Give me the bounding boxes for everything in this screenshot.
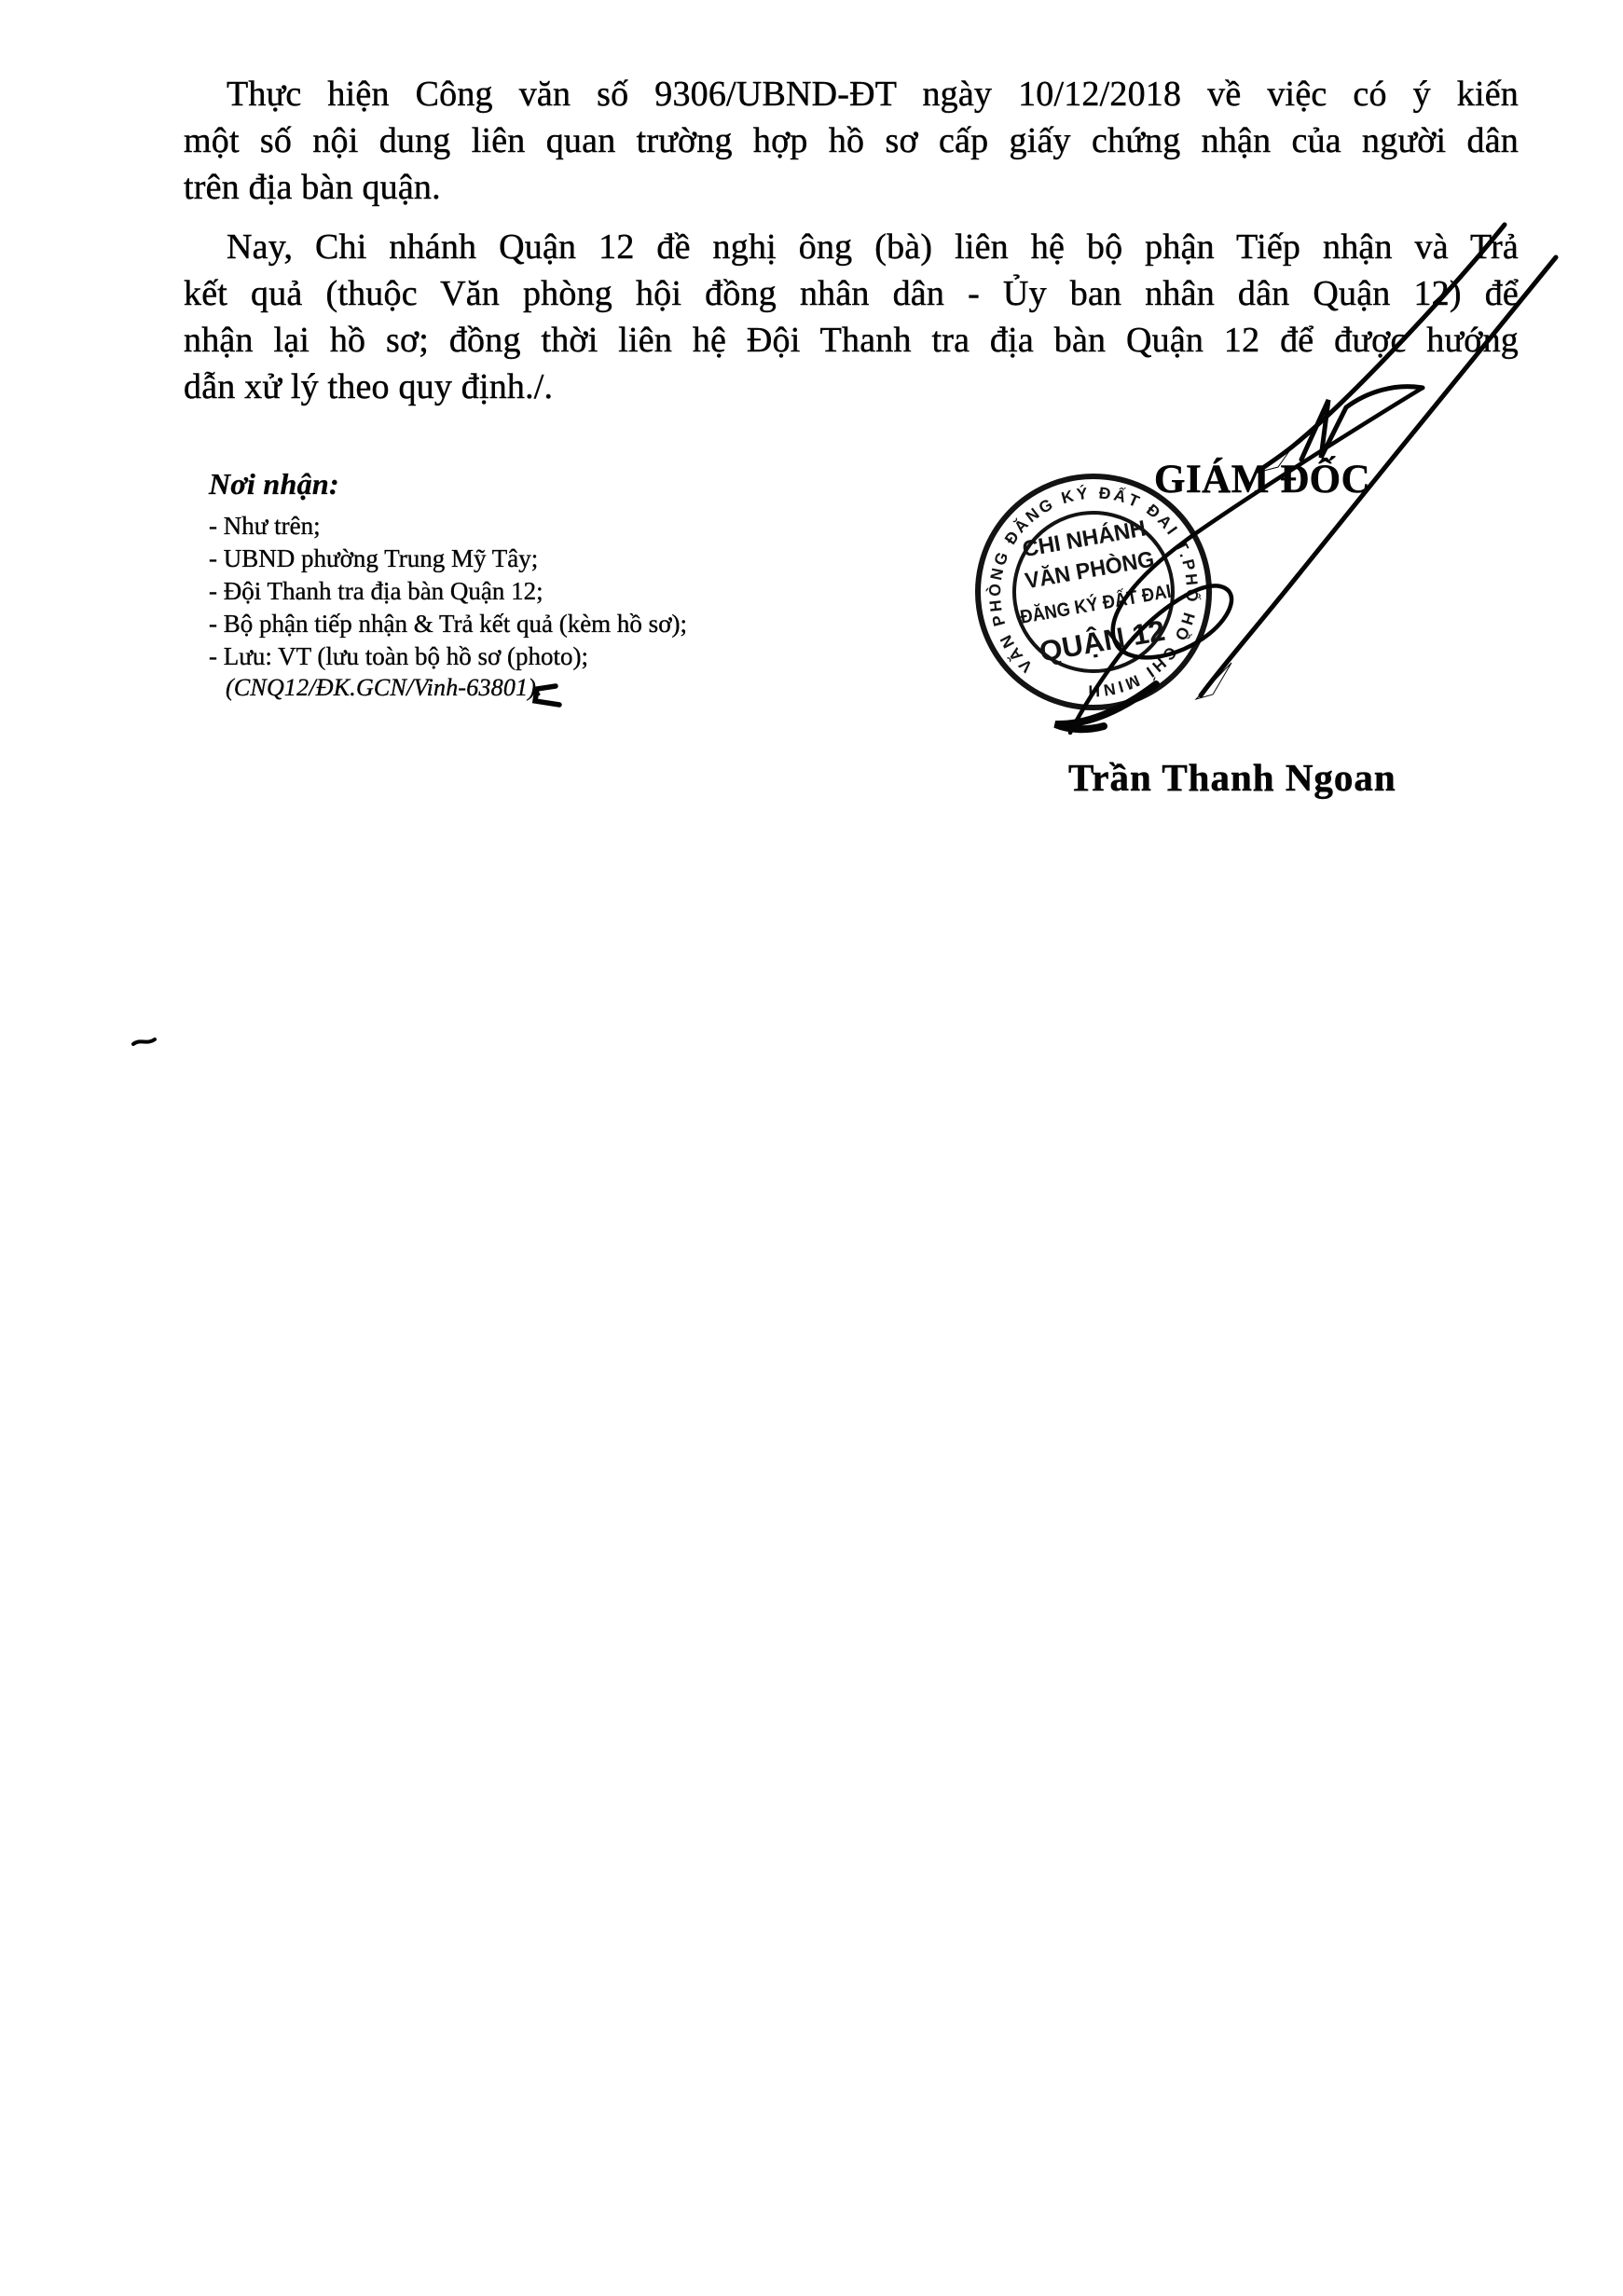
paragraph-line: dẫn xử lý theo quy định./. (184, 364, 1519, 410)
recipient-item: - Bộ phận tiếp nhận & Trả kết quả (kèm h… (209, 608, 805, 640)
paragraph-line: một số nội dung liên quan trường hợp hồ … (184, 117, 1519, 164)
stamp-ring-text: VĂN PHÒNG ĐĂNG KÝ ĐẤT ĐAI T.PHỐ HỒ CHÍ M… (970, 469, 1216, 715)
paragraph-line: kết quả (thuộc Văn phòng hội đồng nhân d… (184, 270, 1519, 317)
signer-name: Trần Thanh Ngoan (1068, 755, 1396, 800)
paragraph-line: Thực hiện Công văn số 9306/UBND-ĐT ngày … (184, 71, 1519, 117)
paragraph-line: trên địa bàn quận. (184, 164, 1519, 211)
recipient-item: - Lưu: VT (lưu toàn bộ hồ sơ (photo); (209, 640, 805, 673)
recipients-block: Nơi nhận: - Như trên; - UBND phường Trun… (209, 463, 805, 703)
paragraph-line: Nay, Chi nhánh Quận 12 đề nghị ông (bà) … (184, 224, 1519, 270)
request-paragraph: Nay, Chi nhánh Quận 12 đề nghị ông (bà) … (184, 224, 1519, 410)
file-reference: (CNQ12/ĐK.GCN/Vinh-63801). (209, 673, 805, 703)
stamp-ring-textpath: VĂN PHÒNG ĐĂNG KÝ ĐẤT ĐAI T.PHỐ HỒ CHÍ M… (970, 469, 1216, 715)
recipient-item: - Đội Thanh tra địa bàn Quận 12; (209, 575, 805, 608)
opening-paragraph: Thực hiện Công văn số 9306/UBND-ĐT ngày … (184, 71, 1519, 211)
recipients-heading: Nơi nhận: (209, 463, 805, 504)
official-stamp: VĂN PHÒNG ĐĂNG KÝ ĐẤT ĐAI T.PHỐ HỒ CHÍ M… (970, 468, 1217, 716)
paragraph-line: nhận lại hồ sơ; đồng thời liên hệ Đội Th… (184, 317, 1519, 364)
stamp-outer-ring (970, 468, 1217, 716)
stray-dash-mark (133, 1039, 155, 1044)
recipient-item: - Như trên; (209, 510, 805, 543)
document-page: Thực hiện Công văn số 9306/UBND-ĐT ngày … (0, 0, 1623, 2296)
recipient-item: - UBND phường Trung Mỹ Tây; (209, 543, 805, 575)
